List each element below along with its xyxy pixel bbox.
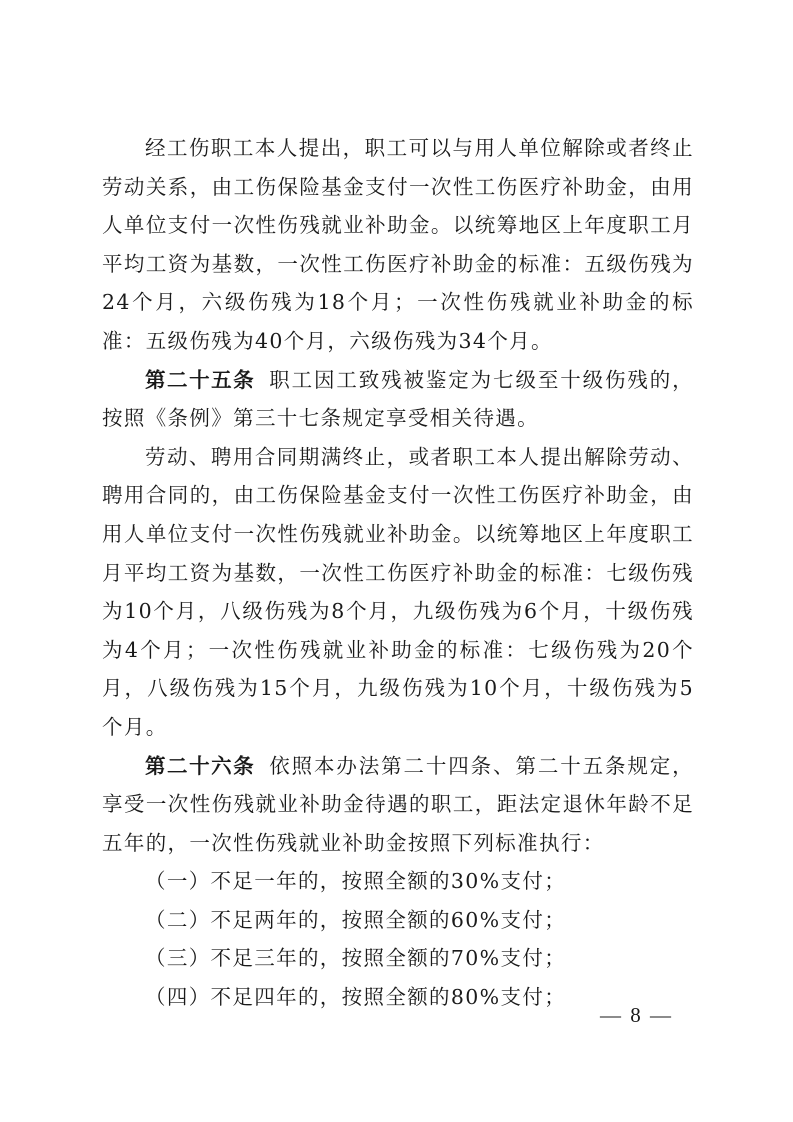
article-26: 第二十六条依照本办法第二十四条、第二十五条规定，享受一次性伤残就业补助金待遇的职… bbox=[102, 747, 694, 863]
paragraph-termination-level-5-6: 经工伤职工本人提出，职工可以与用人单位解除或者终止劳动关系，由工伤保险基金支付一… bbox=[102, 129, 694, 361]
article-25-heading: 第二十五条 bbox=[145, 368, 255, 392]
list-item-under-2-years: （二）不足两年的，按照全额的60%支付； bbox=[102, 901, 694, 940]
document-page-body: 经工伤职工本人提出，职工可以与用人单位解除或者终止劳动关系，由工伤保险基金支付一… bbox=[102, 129, 694, 1017]
article-26-heading: 第二十六条 bbox=[145, 754, 255, 778]
list-item-under-3-years: （三）不足三年的，按照全额的70%支付； bbox=[102, 939, 694, 978]
list-item-under-1-year: （一）不足一年的，按照全额的30%支付； bbox=[102, 862, 694, 901]
page-number: — 8 — bbox=[600, 1003, 673, 1028]
paragraph-termination-level-7-10: 劳动、聘用合同期满终止，或者职工本人提出解除劳动、聘用合同的，由工伤保险基金支付… bbox=[102, 438, 694, 747]
article-25: 第二十五条职工因工致残被鉴定为七级至十级伤残的，按照《条例》第三十七条规定享受相… bbox=[102, 361, 694, 438]
